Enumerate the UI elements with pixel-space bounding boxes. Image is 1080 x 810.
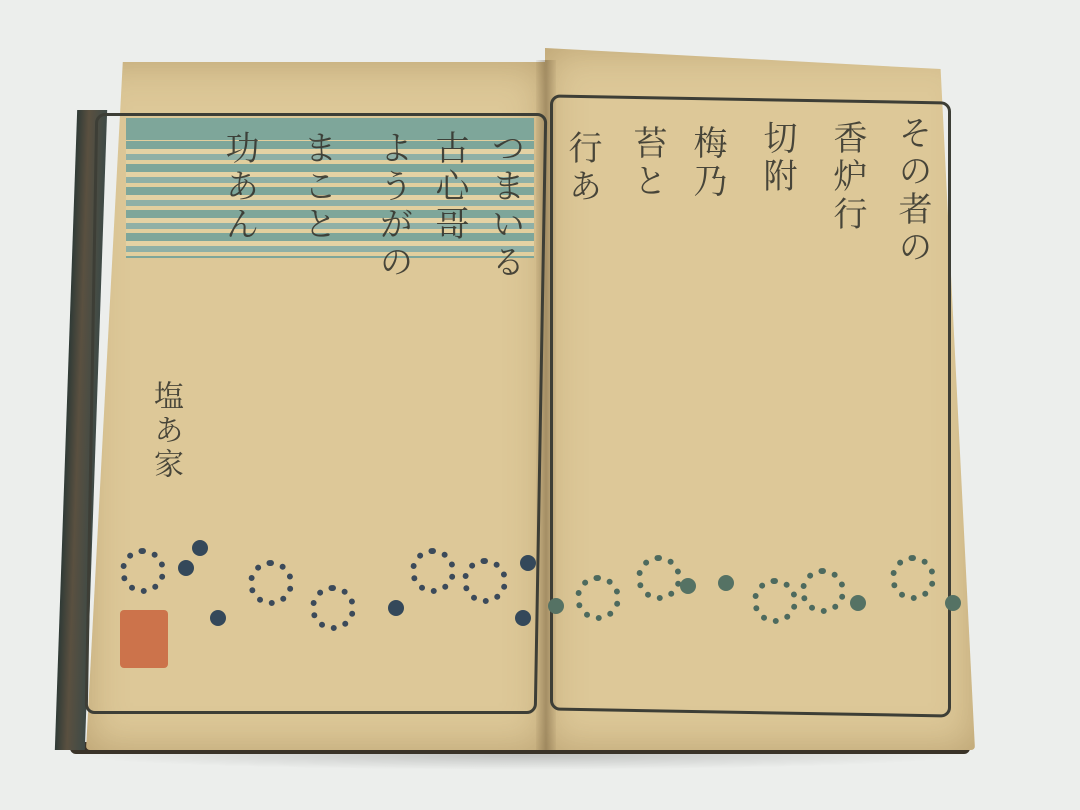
plum-blossom-icon bbox=[462, 558, 508, 604]
artist-signature: 塩あ家 bbox=[150, 380, 180, 482]
right-column-1: その者の bbox=[895, 115, 929, 267]
blossom-dot-icon bbox=[520, 555, 536, 571]
left-column-5: 功あん bbox=[222, 130, 256, 244]
blossom-dot-icon bbox=[515, 610, 531, 626]
blossom-dot-icon bbox=[850, 595, 866, 611]
blossom-dot-icon bbox=[680, 578, 696, 594]
blossom-dot-icon bbox=[210, 610, 226, 626]
plum-blossom-icon bbox=[890, 555, 936, 601]
plum-blossom-icon bbox=[120, 548, 166, 594]
right-column-6: 行あ bbox=[565, 130, 599, 206]
plum-blossom-icon bbox=[575, 575, 621, 621]
plum-blossom-icon bbox=[636, 555, 682, 601]
plum-blossom-icon bbox=[800, 568, 846, 614]
right-column-2: 香炉行 bbox=[830, 120, 864, 234]
plum-blossom-icon bbox=[752, 578, 798, 624]
right-page-border bbox=[550, 95, 951, 718]
blossom-dot-icon bbox=[718, 575, 734, 591]
left-column-4: まこと bbox=[300, 130, 334, 244]
blossom-dot-icon bbox=[178, 560, 194, 576]
right-column-4: 梅乃 bbox=[690, 125, 724, 201]
right-column-3: 切附 bbox=[760, 120, 794, 196]
right-column-5: 苔と bbox=[630, 125, 664, 201]
red-artist-seal bbox=[120, 610, 168, 668]
blossom-dot-icon bbox=[388, 600, 404, 616]
blossom-dot-icon bbox=[192, 540, 208, 556]
blossom-dot-icon bbox=[548, 598, 564, 614]
plum-blossom-icon bbox=[410, 548, 456, 594]
plum-blossom-icon bbox=[248, 560, 294, 606]
plum-blossom-icon bbox=[310, 585, 356, 631]
left-column-1: つまいる bbox=[488, 130, 522, 282]
left-column-3: ようがの bbox=[376, 130, 410, 282]
blossom-dot-icon bbox=[945, 595, 961, 611]
left-column-2: 古心哥 bbox=[432, 130, 466, 244]
